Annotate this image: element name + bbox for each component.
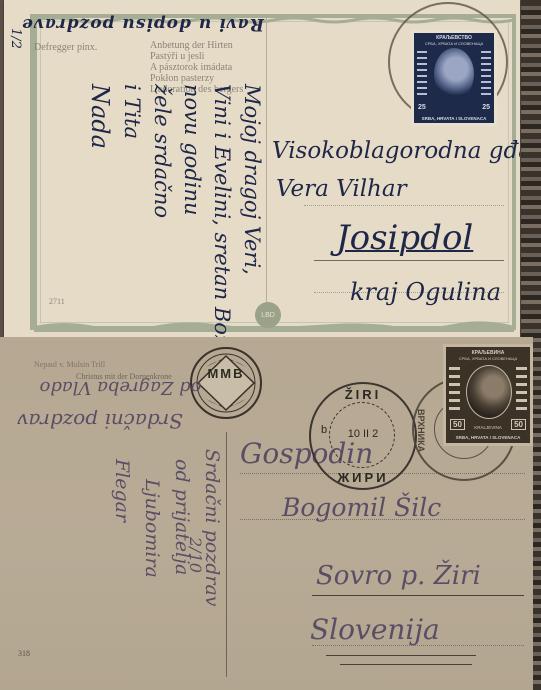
postage-stamp-25: КРАЉЕВСТВО СРБА, ХРВАТА И СЛОВЕНАЦА 25 2… — [411, 30, 497, 126]
king-portrait-stamp-icon — [466, 365, 512, 419]
address-line — [304, 205, 504, 206]
address-town: Sovro p. Žiri — [316, 561, 481, 591]
handwritten-date: 2/10 — [186, 537, 205, 573]
stamp-ornament — [481, 51, 491, 99]
postage-stamp-50: КРАЉЕВИНА СРБА, ХРВАТА И СЛОВЕНАЦА 50 50… — [443, 344, 533, 446]
printed-artist: Defregger pinx. — [34, 42, 97, 53]
handwritten-message: Mojoj dragoj Veri, Vini i Evelini, sreta… — [34, 84, 264, 314]
stamp-ornament — [516, 367, 527, 415]
handwritten-upside-down-note: od Zagreba Vlado — [28, 377, 213, 398]
address-underline — [340, 664, 472, 665]
printed-artist: Nepaul v. Mulsin Trill — [34, 359, 105, 370]
king-portrait-stamp-icon — [434, 48, 474, 100]
address-town: Josipdol — [336, 218, 473, 258]
message-address-divider — [226, 432, 227, 677]
address-name: Bogomil Šilc — [282, 493, 441, 522]
address-country: Slovenija — [310, 613, 440, 646]
address-region: kraj Ogulina — [350, 278, 501, 306]
address-underline — [326, 655, 476, 656]
address-line — [312, 595, 524, 596]
message-address-divider — [266, 18, 267, 308]
stamp-ornament — [417, 51, 427, 99]
postmark-ziri: ŽIRI ЖИРИ b 10 II 2 — [309, 382, 417, 490]
address-line — [314, 260, 504, 261]
top-postcard: Defregger pinx. Anbetung der Hirten Past… — [4, 0, 520, 337]
bottom-postcard: Nepaul v. Mulsin Trill Christus mit der … — [0, 337, 533, 690]
address-salutation: Visokoblagorodna gđa — [272, 138, 520, 164]
handwritten-upside-down-note: Ravi u dopisu pozdrave — [34, 14, 264, 34]
address-name: Vera Vilhar — [276, 176, 407, 202]
stamp-ornament — [449, 367, 460, 415]
